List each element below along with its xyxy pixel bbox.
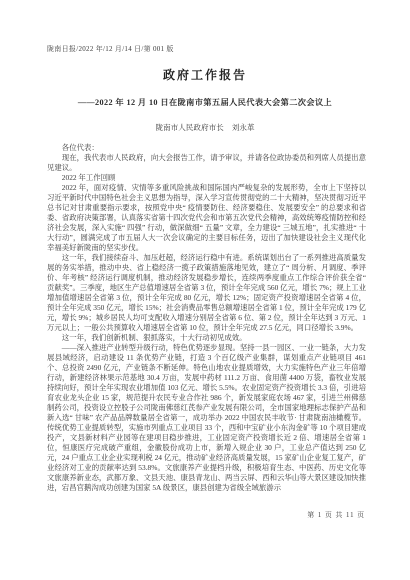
byline-name: 刘永革 <box>232 123 255 132</box>
page-number: 第 1 页 共 11 页 <box>307 509 365 519</box>
intro-paragraph: 现在，我代表市人民政府，向大会报告工作，请予审议，并请各位政协委员和列席人员提出… <box>47 153 366 173</box>
salutation-paragraph: 各位代表： <box>47 143 366 153</box>
report-subtitle: ——2022 年 12 月 10 日在陇南市第五届人民代表大会第二次会议上 <box>0 97 410 108</box>
newspaper-issue-line: 陇南日报/2022 年/12 月/14 日/第 001 版 <box>47 44 174 54</box>
industry-upgrade-paragraph: ——深入推进产业转型升级行动，特色优势逐步显现。坚持一县一园区、一业一链条，大力… <box>47 343 366 493</box>
section-heading-2022-review: 2022 年工作回顾 <box>47 173 366 183</box>
report-title: 政府工作报告 <box>0 66 410 83</box>
byline-role: 陇南市人民政府市长 <box>155 123 223 132</box>
report-byline: 陇南市人民政府市长刘永革 <box>0 122 410 133</box>
overview-paragraph: 2022 年，面对疫情、灾情等多重风险挑战和国际国内严峻复杂的发展形势，全市上下… <box>47 183 366 253</box>
economy-results-paragraph: 这一年，我们接续奋斗、加压赶超，经济运行稳中有进。系统谋划出台了一系列推进高质量… <box>47 253 366 333</box>
report-body: 各位代表： 现在，我代表市人民政府，向大会报告工作，请予审议，并请各位政协委员和… <box>47 143 366 493</box>
ten-actions-lead-paragraph: 这一年，我们创新机制、狠抓落实，十大行动初见成效。 <box>47 333 366 343</box>
document-page: 陇南日报/2022 年/12 月/14 日/第 001 版 政府工作报告 ——2… <box>0 0 410 580</box>
